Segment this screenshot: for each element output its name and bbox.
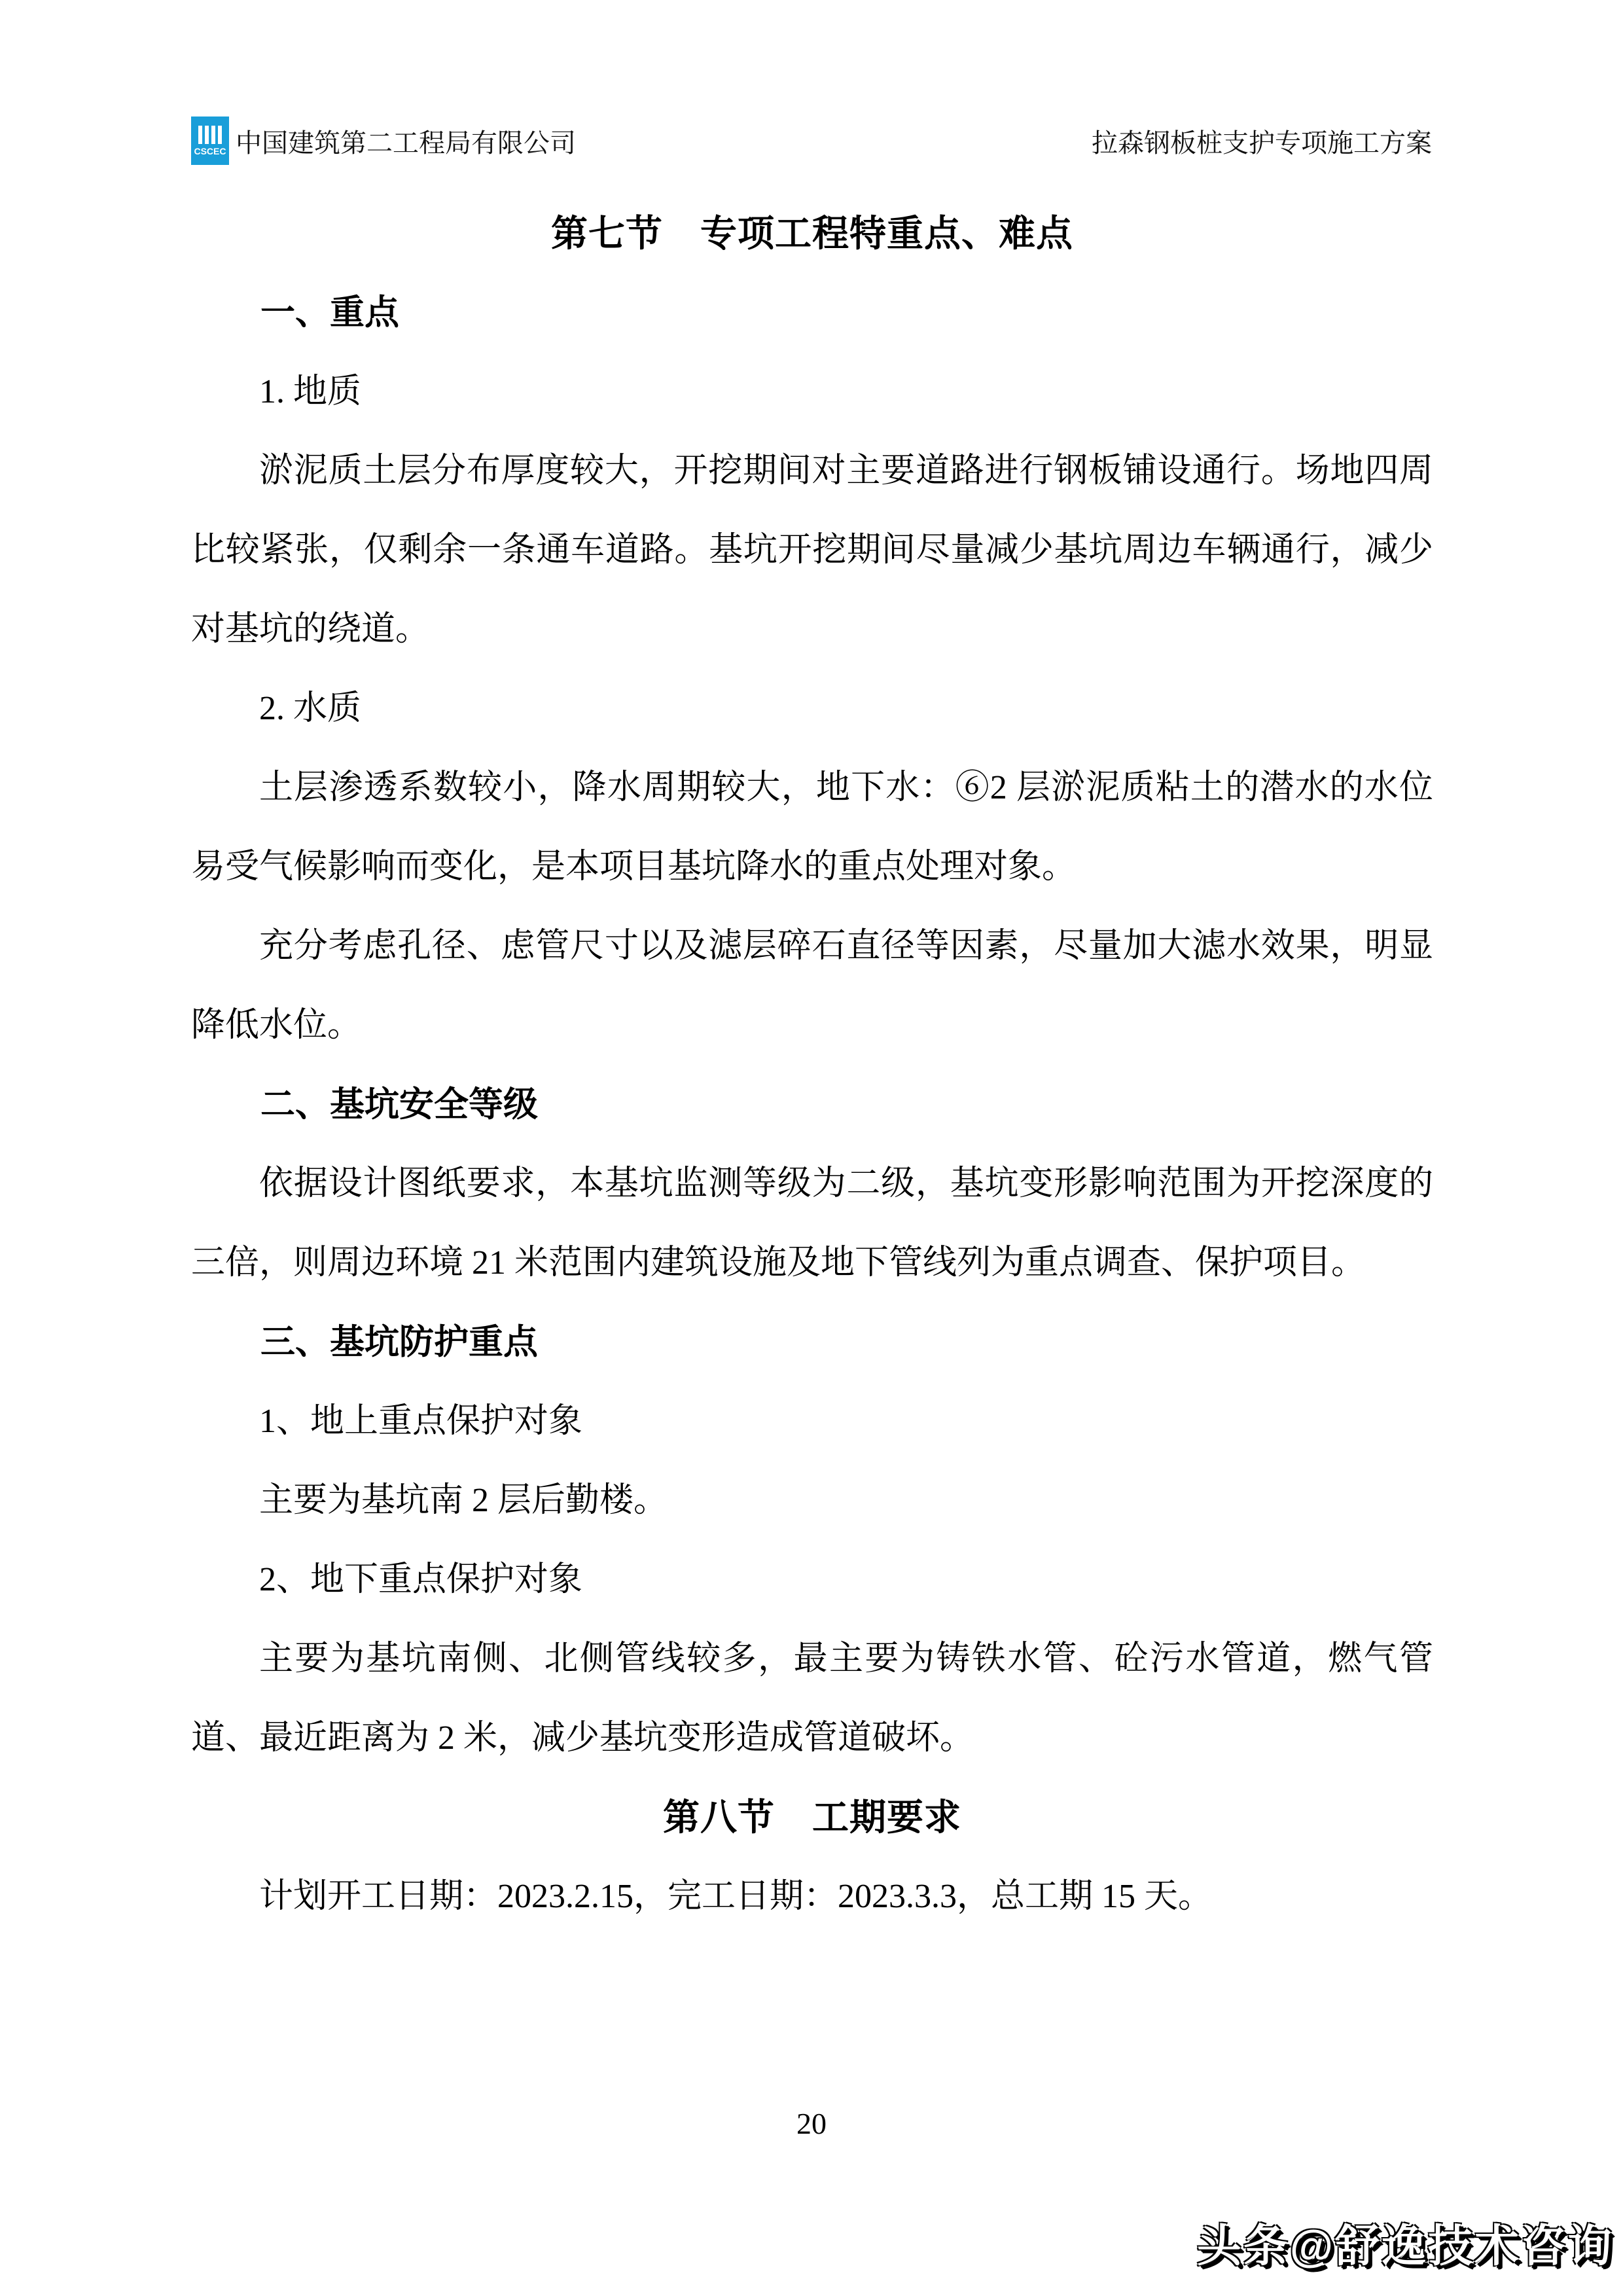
page-header: CSCEC 中国建筑第二工程局有限公司 拉森钢板桩支护专项施工方案	[191, 105, 1432, 177]
paragraph-under-ground: 主要为基坑南侧、北侧管线较多，最主要为铸铁水管、砼污水管道，燃气管道、最近距离为…	[191, 1619, 1433, 1778]
subheading-above-ground: 1、地上重点保护对象	[191, 1382, 1433, 1461]
subheading-water: 2. 水质	[191, 669, 1433, 748]
section8-title: 第八节 工期要求	[191, 1778, 1433, 1857]
header-left: CSCEC 中国建筑第二工程局有限公司	[191, 117, 576, 165]
logo-bars-icon	[198, 126, 222, 144]
watermark-text: 头条@舒逸技术咨询	[1197, 2211, 1614, 2274]
paragraph-safety: 依据设计图纸要求，本基坑监测等级为二级，基坑变形影响范围为开挖深度的三倍，则周边…	[191, 1144, 1433, 1302]
document-body: 第七节 专项工程特重点、难点 一、重点 1. 地质 淤泥质土层分布厚度较大，开挖…	[191, 194, 1433, 1936]
heading-key-points: 一、重点	[191, 273, 1433, 352]
heading-safety-level: 二、基坑安全等级	[191, 1065, 1433, 1144]
paragraph-schedule: 计划开工日期：2023.2.15，完工日期：2023.3.3，总工期 15 天。	[191, 1857, 1433, 1936]
paragraph-water-2: 充分考虑孔径、虑管尺寸以及滤层碎石直径等因素，尽量加大滤水效果，明显降低水位。	[191, 906, 1433, 1065]
subheading-geology: 1. 地质	[191, 352, 1433, 431]
header-doc-title: 拉森钢板桩支护专项施工方案	[1092, 122, 1432, 160]
document-page: CSCEC 中国建筑第二工程局有限公司 拉森钢板桩支护专项施工方案 第七节 专项…	[0, 0, 1623, 2296]
heading-protection: 三、基坑防护重点	[191, 1302, 1433, 1382]
subheading-under-ground: 2、地下重点保护对象	[191, 1540, 1433, 1619]
header-company-name: 中国建筑第二工程局有限公司	[236, 122, 576, 160]
page-number: 20	[0, 2104, 1623, 2144]
cscec-logo-icon: CSCEC	[191, 117, 229, 165]
paragraph-water-1: 土层渗透系数较小，降水周期较大，地下水：⑥2 层淤泥质粘土的潜水的水位易受气候影…	[191, 748, 1433, 906]
paragraph-above-ground: 主要为基坑南 2 层后勤楼。	[191, 1461, 1433, 1540]
paragraph-geology: 淤泥质土层分布厚度较大，开挖期间对主要道路进行钢板铺设通行。场地四周比较紧张，仅…	[191, 431, 1433, 669]
section7-title: 第七节 专项工程特重点、难点	[191, 194, 1433, 273]
logo-text: CSCEC	[194, 147, 226, 156]
